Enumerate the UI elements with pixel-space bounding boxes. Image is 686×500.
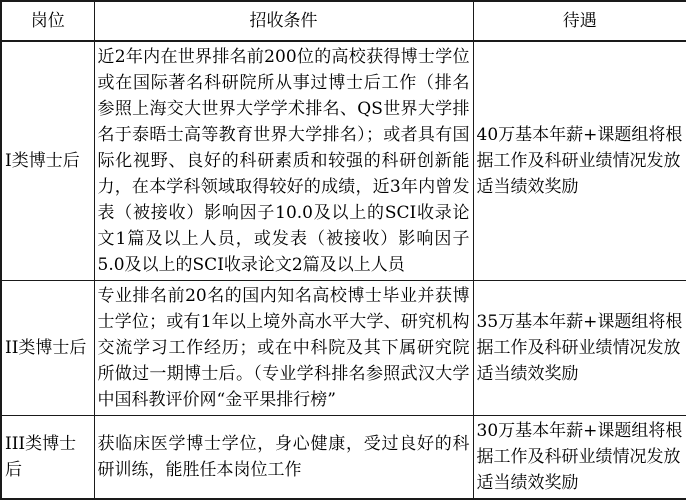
header-row: 岗位 招收条件 待遇 [1, 1, 686, 41]
position-type-2: II类博士后 [1, 281, 94, 416]
table-row: III类博士后 获临床医学博士学位，身心健康，受过良好的科研训练，能胜任本岗位工… [1, 416, 686, 500]
document-page: 岗位 招收条件 待遇 I类博士后 近2年内在世界排名前200位的高校获得博士学位… [0, 0, 686, 482]
table-row: II类博士后 专业排名前20名的国内知名高校博士毕业并获博士学位；或有1年以上境… [1, 281, 686, 416]
recruitment-table: 岗位 招收条件 待遇 I类博士后 近2年内在世界排名前200位的高校获得博士学位… [0, 0, 686, 500]
header-conditions: 招收条件 [94, 1, 473, 41]
conditions-type-3: 获临床医学博士学位，身心健康，受过良好的科研训练，能胜任本岗位工作 [94, 416, 473, 500]
table-row: I类博士后 近2年内在世界排名前200位的高校获得博士学位或在国际著名科研院所从… [1, 41, 686, 281]
conditions-type-1: 近2年内在世界排名前200位的高校获得博士学位或在国际著名科研院所从事过博士后工… [94, 41, 473, 281]
position-type-3: III类博士后 [1, 416, 94, 500]
treatment-type-1: 40万基本年薪+课题组将根据工作及科研业绩情况发放适当绩效奖励 [473, 41, 686, 281]
header-position: 岗位 [1, 1, 94, 41]
position-type-1: I类博士后 [1, 41, 94, 281]
treatment-type-3: 30万基本年薪+课题组将根据工作及科研业绩情况发放适当绩效奖励 [473, 416, 686, 500]
header-treatment: 待遇 [473, 1, 686, 41]
conditions-type-2: 专业排名前20名的国内知名高校博士毕业并获博士学位；或有1年以上境外高水平大学、… [94, 281, 473, 416]
treatment-type-2: 35万基本年薪+课题组将根据工作及科研业绩情况发放适当绩效奖励 [473, 281, 686, 416]
